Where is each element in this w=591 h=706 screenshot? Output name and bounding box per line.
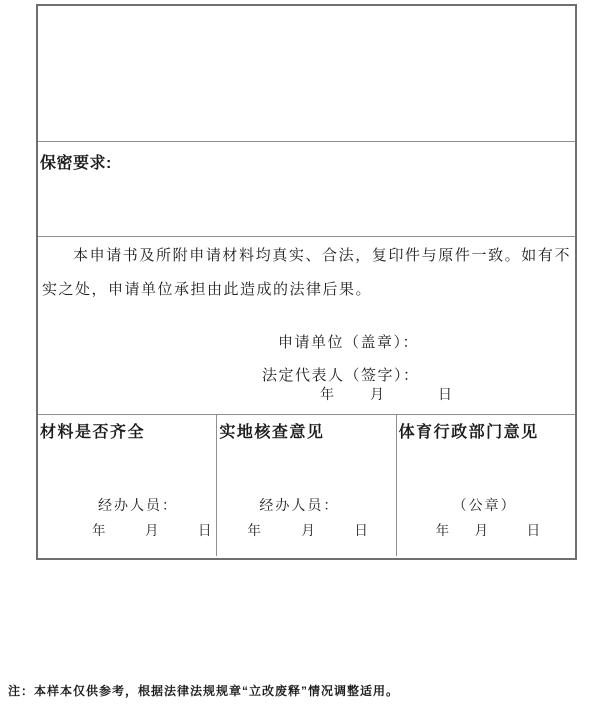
day-label: 日: [354, 519, 368, 539]
year-label: 年: [320, 384, 334, 404]
day-label: 日: [527, 519, 541, 539]
materials-complete-header: 材料是否齐全: [40, 419, 145, 442]
blank-section: [38, 6, 575, 142]
onsite-verification-header: 实地核查意见: [219, 419, 324, 442]
declaration-text: 本申请书及所附申请材料均真实、合法，复印件与原件一致。如有不实之处，申请单位承担…: [38, 237, 575, 307]
legal-representative-signature-label: 法定代表人（签字）：: [262, 364, 420, 385]
review-column-materials-complete: 材料是否齐全 经办人员： 年 月 日: [38, 415, 216, 556]
review-column-onsite-verification: 实地核查意见 经办人员： 年 月 日: [216, 415, 395, 556]
application-form-table: 保密要求: 本申请书及所附申请材料均真实、合法，复印件与原件一致。如有不实之处，…: [36, 4, 577, 560]
day-label: 日: [198, 519, 212, 539]
applicant-unit-seal-label: 申请单位（盖章）：: [278, 331, 419, 352]
month-label: 月: [370, 384, 384, 404]
declaration-section: 本申请书及所附申请材料均真实、合法，复印件与原件一致。如有不实之处，申请单位承担…: [38, 237, 575, 415]
day-label: 日: [438, 384, 452, 404]
review-section: 材料是否齐全 经办人员： 年 月 日 实地核查意见 经办人员： 年 月 日 体育…: [38, 415, 575, 556]
month-label: 月: [475, 519, 489, 539]
handler-label: 经办人员：: [259, 495, 339, 515]
sports-admin-opinion-header: 体育行政部门意见: [399, 419, 539, 442]
document-page: 保密要求: 本申请书及所附申请材料均真实、合法，复印件与原件一致。如有不实之处，…: [0, 0, 591, 706]
handler-label: 经办人员：: [98, 495, 178, 515]
year-label: 年: [436, 519, 450, 539]
month-label: 月: [145, 519, 159, 539]
official-seal-label: （公章）: [453, 495, 517, 515]
review-column-sports-admin-opinion: 体育行政部门意见 （公章） 年 月 日: [396, 415, 575, 556]
secrecy-section: 保密要求:: [38, 142, 575, 237]
secrecy-requirements-label: 保密要求:: [38, 142, 575, 173]
month-label: 月: [301, 519, 315, 539]
year-label: 年: [247, 519, 261, 539]
year-label: 年: [92, 519, 106, 539]
footnote: 注：本样本仅供参考，根据法律法规规章“立改废释”情况调整适用。: [8, 682, 399, 699]
